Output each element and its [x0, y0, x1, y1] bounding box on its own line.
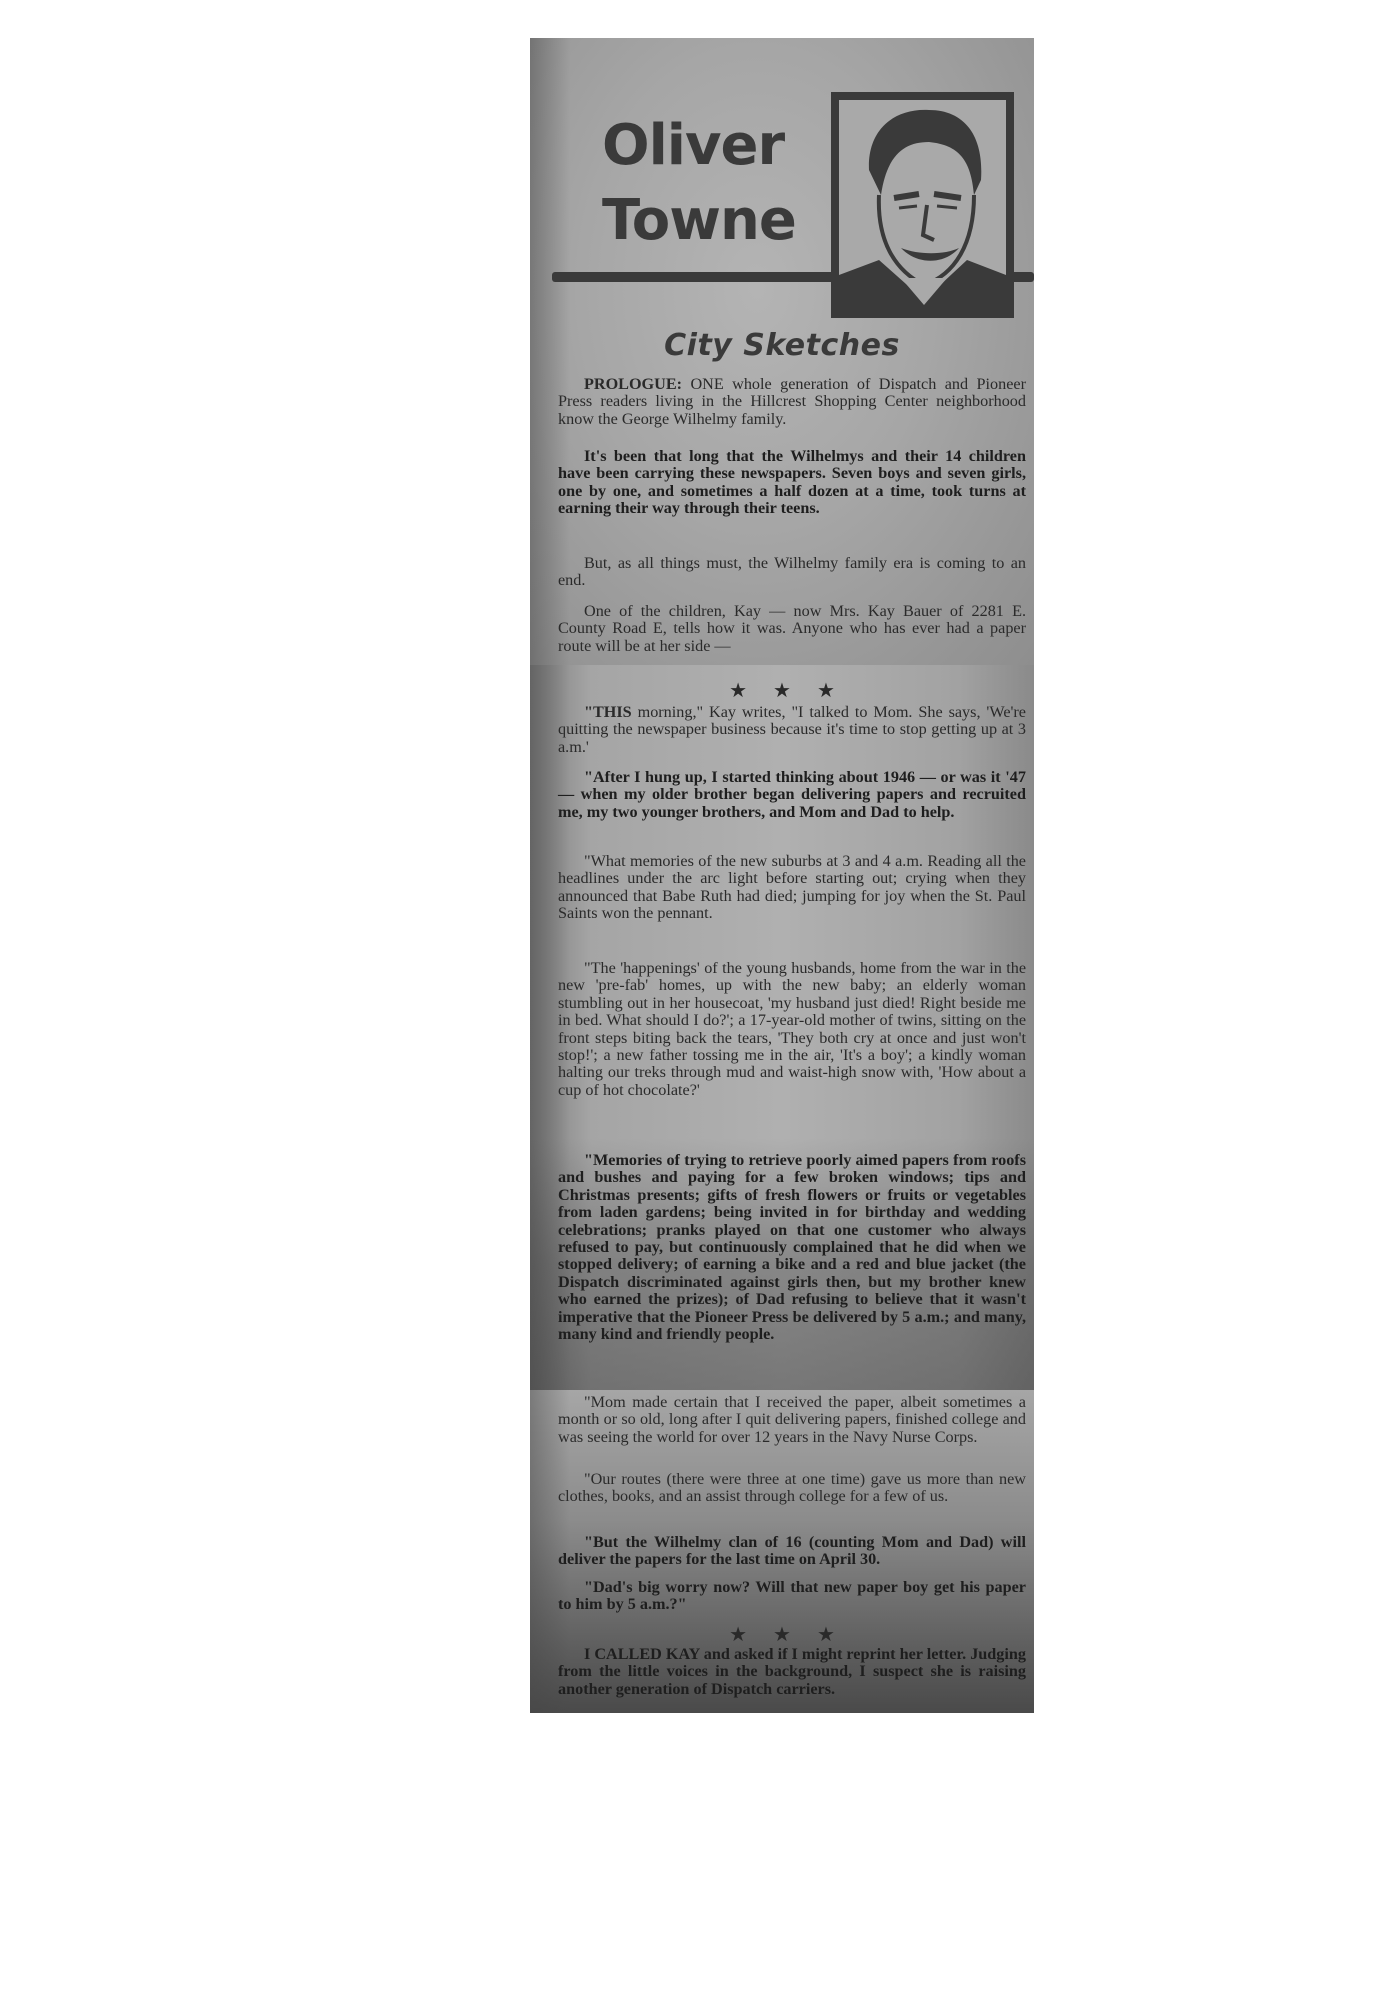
- closing-separator-star-icons: ★★★: [530, 1622, 1034, 1647]
- paragraph-era-ending: But, as all things must, the Wilhelmy fa…: [558, 555, 1026, 590]
- paragraph-happenings: "The 'happenings' of the young husbands,…: [558, 960, 1026, 1099]
- paragraph-dads-worry: "Dad's big worry now? Will that new pape…: [558, 1579, 1026, 1614]
- column-name-line1: Oliver: [602, 118, 784, 174]
- paragraph-family-history: It's been that long that the Wilhelmys a…: [558, 448, 1026, 518]
- paragraph-mom-paper: "Mom made certain that I received the pa…: [558, 1394, 1026, 1446]
- newspaper-clipping: Oliver Towne City Sketches PROLOGUE: ONE…: [530, 38, 1034, 1713]
- section-heading: City Sketches: [530, 328, 1034, 363]
- paragraph-called-kay: I CALLED KAY and asked if I might reprin…: [558, 1646, 1026, 1698]
- paragraph-last-delivery: "But the Wilhelmy clan of 16 (counting M…: [558, 1534, 1026, 1569]
- paragraph-this-morning: "THIS morning," Kay writes, "I talked to…: [558, 704, 1026, 756]
- paragraph-memories-papers: "Memories of trying to retrieve poorly a…: [558, 1152, 1026, 1343]
- column-name-line2: Towne: [602, 193, 796, 249]
- paragraph-after-hung-up: "After I hung up, I started thinking abo…: [558, 769, 1026, 821]
- paragraph-suburb-memories: "What memories of the new suburbs at 3 a…: [558, 853, 1026, 923]
- columnist-portrait-icon: [831, 92, 1014, 318]
- section-separator-star-icons: ★★★: [530, 678, 1034, 703]
- paragraph-routes: "Our routes (there were three at one tim…: [558, 1471, 1026, 1506]
- paragraph-prologue: PROLOGUE: ONE whole generation of Dispat…: [558, 376, 1026, 428]
- paragraph-kay-intro: One of the children, Kay — now Mrs. Kay …: [558, 603, 1026, 655]
